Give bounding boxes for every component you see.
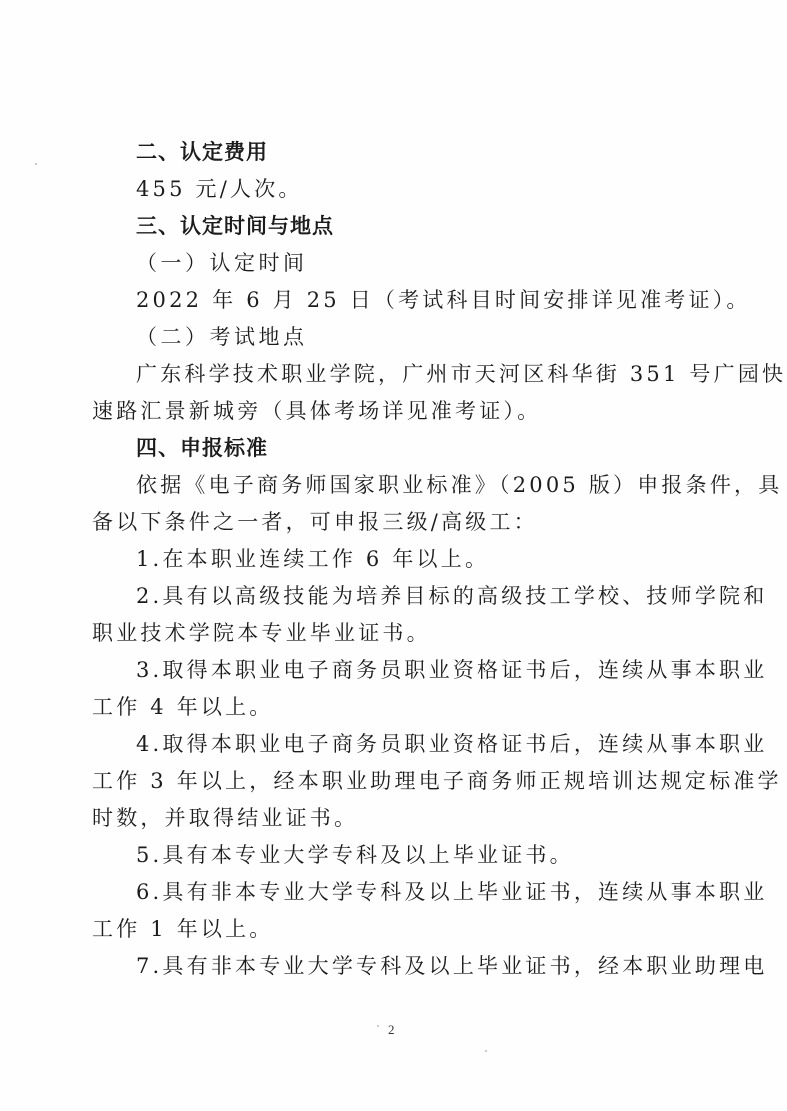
section-heading-fee: 二、认定费用	[92, 134, 692, 171]
scan-speck	[390, 640, 392, 642]
criteria-item-5: 5.具有本专业大学专科及以上毕业证书。	[92, 837, 692, 874]
criteria-item-6-line-1: 6.具有非本专业大学专科及以上毕业证书，连续从事本职业	[92, 874, 692, 911]
criteria-item-4-line-2: 工作 3 年以上，经本职业助理电子商务师正规培训达规定标准学	[92, 763, 692, 800]
scan-speck	[375, 593, 377, 595]
document-page: 二、认定费用 455 元/人次。 三、认定时间与地点 （一）认定时间 2022 …	[0, 0, 787, 1111]
criteria-item-6-line-2: 工作 1 年以上。	[92, 911, 692, 948]
subheading-time: （一）认定时间	[92, 245, 692, 282]
paragraph-criteria-intro-line-1: 依据《电子商务师国家职业标准》（2005 版）申报条件，具	[92, 467, 692, 504]
criteria-item-4-line-1: 4.取得本职业电子商务员职业资格证书后，连续从事本职业	[92, 726, 692, 763]
paragraph-location-line-1: 广东科学技术职业学院，广州市天河区科华街 351 号广园快	[92, 356, 692, 393]
subheading-place: （二）考试地点	[92, 319, 692, 356]
criteria-item-7-line-1: 7.具有非本专业大学专科及以上毕业证书，经本职业助理电	[92, 948, 692, 985]
page-number: 2	[388, 1022, 395, 1038]
scan-speck	[35, 163, 37, 165]
paragraph-location-line-2: 速路汇景新城旁（具体考场详见准考证）。	[92, 393, 692, 430]
document-body: 二、认定费用 455 元/人次。 三、认定时间与地点 （一）认定时间 2022 …	[92, 134, 692, 985]
paragraph-fee: 455 元/人次。	[92, 171, 692, 208]
scan-speck	[485, 1050, 487, 1052]
criteria-item-3-line-2: 工作 4 年以上。	[92, 689, 692, 726]
criteria-item-2-line-2: 职业技术学院本专业毕业证书。	[92, 615, 692, 652]
criteria-item-2-line-1: 2.具有以高级技能为培养目标的高级技工学校、技师学院和	[92, 578, 692, 615]
section-heading-criteria: 四、申报标准	[92, 430, 692, 467]
paragraph-criteria-intro-line-2: 备以下条件之一者，可申报三级/高级工：	[92, 504, 692, 541]
criteria-item-1: 1.在本职业连续工作 6 年以上。	[92, 541, 692, 578]
section-heading-time-place: 三、认定时间与地点	[92, 208, 692, 245]
criteria-item-3-line-1: 3.取得本职业电子商务员职业资格证书后，连续从事本职业	[92, 652, 692, 689]
scan-speck	[377, 1025, 379, 1027]
paragraph-date: 2022 年 6 月 25 日（考试科目时间安排详见准考证）。	[92, 282, 692, 319]
criteria-item-4-line-3: 时数，并取得结业证书。	[92, 800, 692, 837]
